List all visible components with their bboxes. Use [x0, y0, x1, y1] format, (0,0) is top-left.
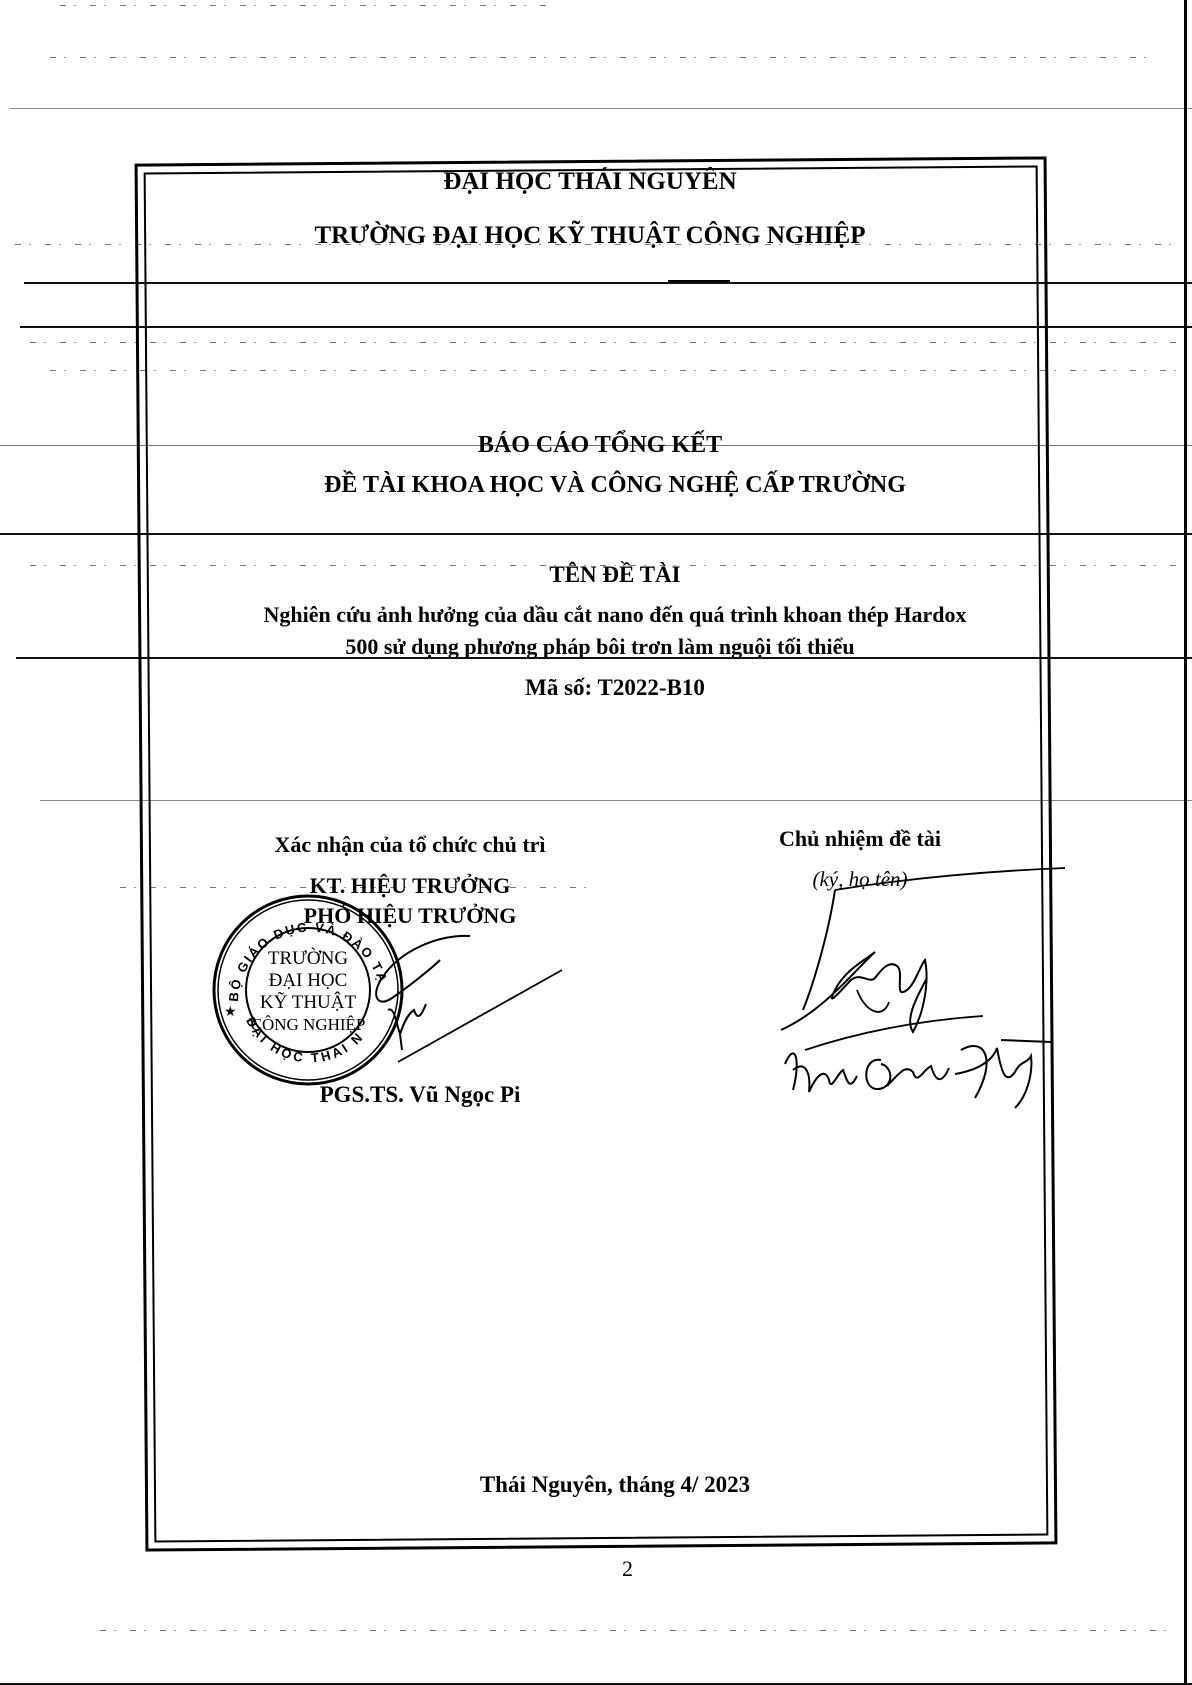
report-title: BÁO CÁO TỔNG KẾT — [0, 432, 1192, 459]
university-name: ĐẠI HỌC THÁI NGUYÊN — [0, 168, 1180, 196]
scan-artifact — [60, 5, 550, 6]
scan-artifact — [10, 108, 1192, 109]
svg-text:★: ★ — [224, 1005, 237, 1020]
signer-name: PGS.TS. Vũ Ngọc Pi — [230, 1082, 610, 1108]
report-subtitle: ĐỀ TÀI KHOA HỌC VÀ CÔNG NGHỆ CẤP TRƯỜNG — [0, 472, 1192, 499]
school-name: TRƯỜNG ĐẠI HỌC KỸ THUẬT CÔNG NGHIỆP — [0, 222, 1180, 250]
project-name-line1: Nghiên cứu ảnh hưởng của dầu cắt nano đế… — [0, 602, 1192, 628]
project-leader-heading: Chủ nhiệm đề tài — [720, 826, 1000, 852]
project-leader-signature — [765, 860, 1075, 1110]
project-label: TÊN ĐỀ TÀI — [0, 562, 1192, 588]
rector-signature — [330, 930, 590, 1080]
place-date: Thái Nguyên, tháng 4/ 2023 — [0, 1472, 1192, 1498]
header-divider — [668, 280, 730, 282]
scan-artifact — [50, 57, 1160, 58]
project-name-line2: 500 sử dụng phương pháp bôi trơn làm ngu… — [0, 634, 1192, 660]
scan-edge — [1184, 0, 1187, 1685]
scan-artifact — [100, 1630, 1180, 1631]
project-code: Mã số: T2022-B10 — [0, 675, 1192, 701]
page-number: 2 — [622, 1556, 633, 1582]
host-org-heading: Xác nhận của tổ chức chủ trì — [200, 832, 620, 858]
